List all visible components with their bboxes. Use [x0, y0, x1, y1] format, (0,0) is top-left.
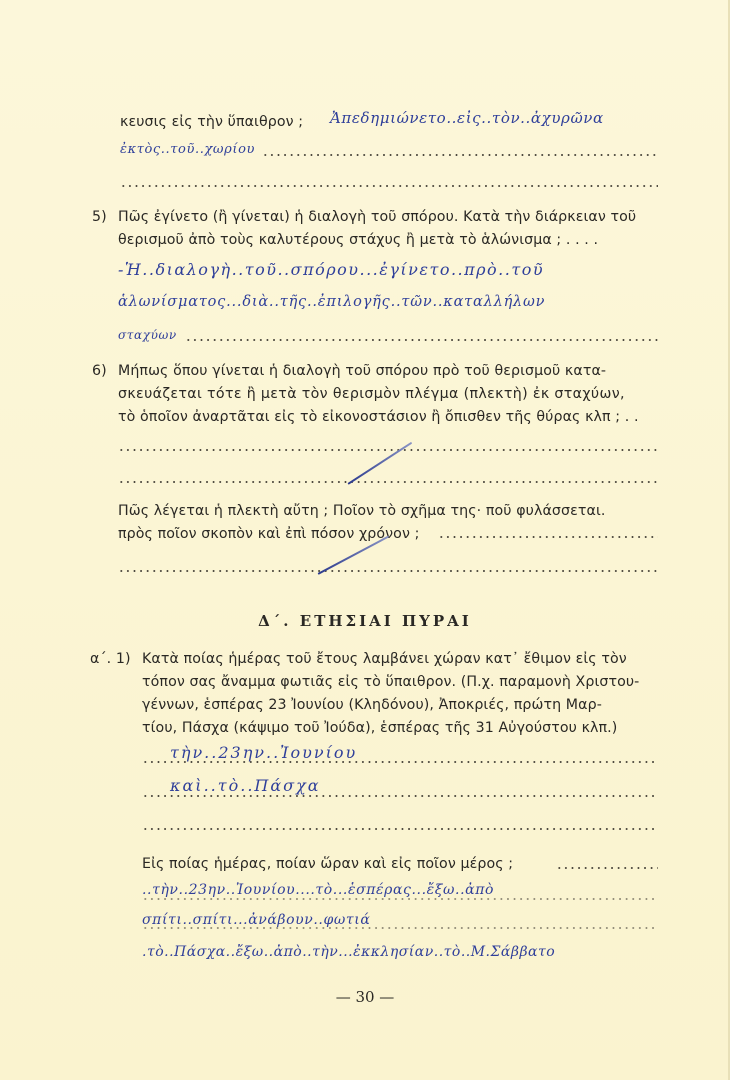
q5-prompt-text: Πῶς ἐγίνετο (ἢ γίνεται) ἡ διαλογὴ τοῦ σπ…	[118, 209, 636, 225]
answer-dotted-line	[142, 898, 658, 900]
q6-followup-line-2: πρὸς ποῖον σκοπὸν καὶ ἐπὶ πόσον χρόνον ;	[118, 524, 419, 544]
answer-dotted-line	[185, 339, 658, 341]
answer-dotted-line	[142, 828, 658, 830]
qa1-answer-line-2: καὶ..τὸ..Πάσχα	[170, 776, 321, 796]
answer-dotted-line	[142, 761, 658, 763]
q5-prompt-line-2: θερισμοῦ ἀπὸ τοὺς καλυτέρους στάχυς ἢ με…	[118, 230, 598, 250]
q4-answer-line-1: Ἀπεδημιώνετο..εἰς..τὸν..ἀχυρῶνα	[330, 108, 604, 128]
qa1-followup-answer-line-3: .τὸ..Πάσχα..ἔξω..ἀπὸ..τὴν...ἐκκλησίαν..τ…	[142, 942, 555, 962]
qa1-prompt-line-4: τίου, Πάσχα (κάψιμο τοῦ Ἰούδα), ἑσπέρας …	[142, 718, 617, 738]
q5-answer-line-2: ἁλωνίσματος...διὰ..τῆς..ἐπιλογῆς..τῶν..κ…	[118, 292, 545, 312]
qa1-prompt-line-1: α΄. 1)Κατὰ ποίας ἡμέρας τοῦ ἔτους λαμβάν…	[90, 649, 627, 669]
answer-dotted-line	[556, 867, 658, 869]
q5-prompt-line-1: 5)Πῶς ἐγίνετο (ἢ γίνεται) ἡ διαλογὴ τοῦ …	[92, 207, 636, 227]
qa1-answer-line-1: τὴν..23ην..Ἰουνίου	[170, 743, 357, 763]
q4-answer-line-2: ἐκτὸς..τοῦ..χωρίου	[120, 140, 255, 160]
q6-prompt-line-3: τὸ ὁποῖον ἀναρτᾶται εἰς τὸ εἰκονοστάσιον…	[118, 407, 639, 427]
q5-answer-line-3: σταχύων	[118, 325, 177, 345]
q4-prompt-text: κευσις εἰς τὴν ὕπαιθρον ;	[120, 114, 303, 130]
q6-prompt-line-2: σκευάζεται τότε ἢ μετὰ τὸν θερισμὸν πλέγ…	[118, 384, 625, 404]
q5-answer-line-1: -Ἡ..διαλογὴ..τοῦ..σπόρου...ἐγίνετο..πρὸ.…	[118, 260, 544, 280]
section-heading: Δ΄. ΕΤΗΣΙΑΙ ΠΥΡΑΙ	[0, 612, 730, 630]
q6-prompt-text: Μήπως ὅπου γίνεται ἡ διαλογὴ τοῦ σπόρου …	[118, 363, 606, 379]
answer-dotted-line	[118, 570, 658, 572]
answer-dotted-line	[118, 449, 658, 451]
qa1-prompt-line-2: τόπον σας ἄναμμα φωτιᾶς εἰς τὸ ὕπαιθρον.…	[142, 672, 639, 692]
q4-prompt-tail: κευσις εἰς τὴν ὕπαιθρον ;	[120, 112, 303, 132]
answer-dotted-line	[262, 154, 658, 156]
qa1-followup-answer-line-1: ..τὴν..23ην..Ἰουνίου....τὸ...ἑσπέρας...ἔ…	[142, 880, 494, 900]
q6-prompt-line-1: 6)Μήπως ὅπου γίνεται ἡ διαλογὴ τοῦ σπόρο…	[92, 361, 606, 381]
q6-number: 6)	[92, 361, 118, 381]
qa1-prompt-text: Κατὰ ποίας ἡμέρας τοῦ ἔτους λαμβάνει χώρ…	[142, 651, 627, 667]
answer-dotted-line	[142, 927, 658, 929]
page-number: — 30 —	[0, 988, 730, 1006]
q6-followup-line-1: Πῶς λέγεται ἡ πλεκτὴ αὔτη ; Ποῖον τὸ σχῆ…	[118, 501, 605, 521]
answer-dotted-line	[120, 185, 658, 187]
qa1-followup-prompt: Εἰς ποίας ἡμέρας, ποίαν ὥραν καὶ εἰς ποῖ…	[142, 854, 513, 874]
qa1-prompt-line-3: γέννων, ἑσπέρας 23 Ἰουνίου (Κληδόνου), Ἀ…	[142, 695, 602, 715]
qa1-number: α΄. 1)	[90, 649, 142, 669]
answer-dotted-line	[142, 795, 658, 797]
questionnaire-page: κευσις εἰς τὴν ὕπαιθρον ; Ἀπεδημιώνετο..…	[0, 0, 730, 1080]
answer-dotted-line	[438, 536, 658, 538]
answer-dotted-line	[118, 481, 658, 483]
q5-number: 5)	[92, 207, 118, 227]
